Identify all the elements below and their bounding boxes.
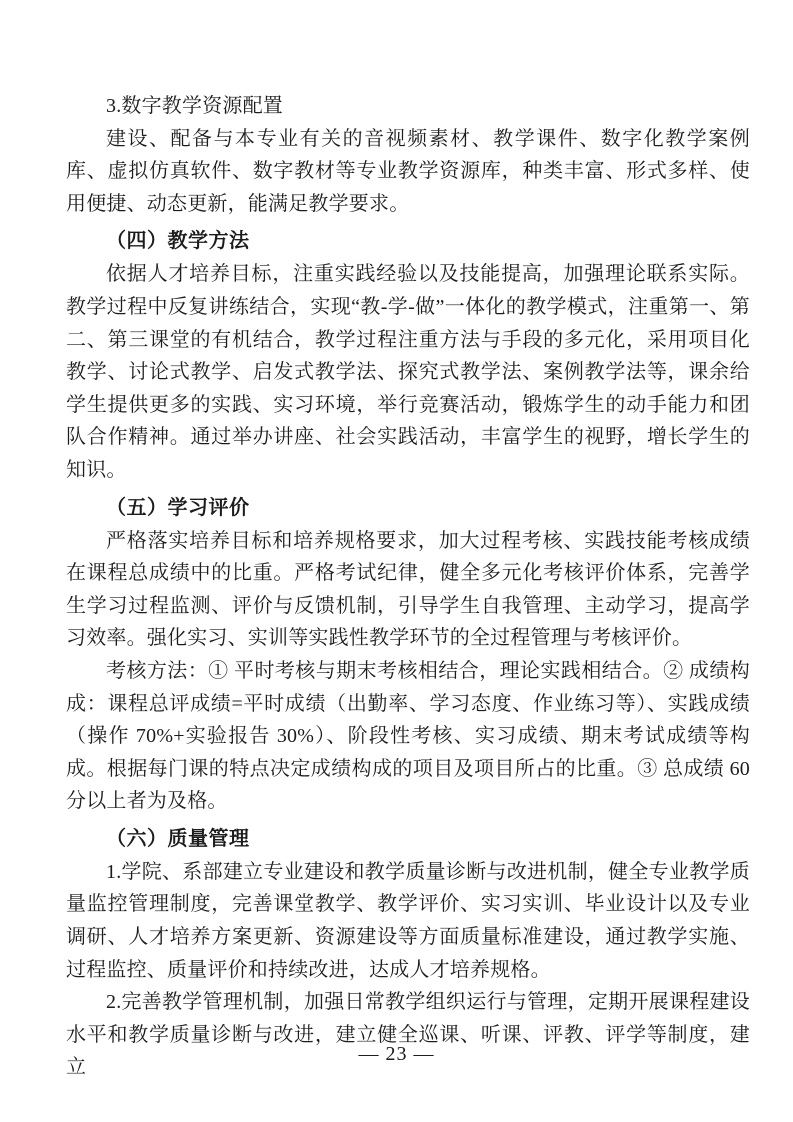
paragraph-quality-management-2: 2.完善教学管理机制，加强日常教学组织运行与管理，定期开展课程建设水平和教学质量… [66, 986, 750, 1084]
paragraph-digital-resources-title: 3.数字教学资源配置 [66, 90, 750, 123]
section-heading-learning-evaluation: （五）学习评价 [66, 492, 750, 525]
paragraph-learning-evaluation-body: 严格落实培养目标和培养规格要求，加大过程考核、实践技能考核成绩在课程总成绩中的比… [66, 525, 750, 655]
section-heading-teaching-methods: （四）教学方法 [66, 225, 750, 258]
page-number: — 23 — [0, 1040, 793, 1068]
document-body: 3.数字教学资源配置 建设、配备与本专业有关的音视频素材、教学课件、数字化教学案… [66, 90, 750, 1084]
paragraph-teaching-methods-body: 依据人才培养目标，注重实践经验以及技能提高，加强理论联系实际。教学过程中反复讲练… [66, 258, 750, 486]
paragraph-digital-resources-body: 建设、配备与本专业有关的音视频素材、教学课件、数字化教学案例库、虚拟仿真软件、数… [66, 123, 750, 221]
paragraph-assessment-methods: 考核方法：① 平时考核与期末考核相结合，理论实践相结合。② 成绩构成：课程总评成… [66, 655, 750, 818]
paragraph-quality-management-1: 1.学院、系部建立专业建设和教学质量诊断与改进机制，健全专业教学质量监控管理制度… [66, 856, 750, 986]
section-heading-quality-management: （六）质量管理 [66, 823, 750, 856]
document-page: 3.数字教学资源配置 建设、配备与本专业有关的音视频素材、教学课件、数字化教学案… [0, 0, 793, 1122]
